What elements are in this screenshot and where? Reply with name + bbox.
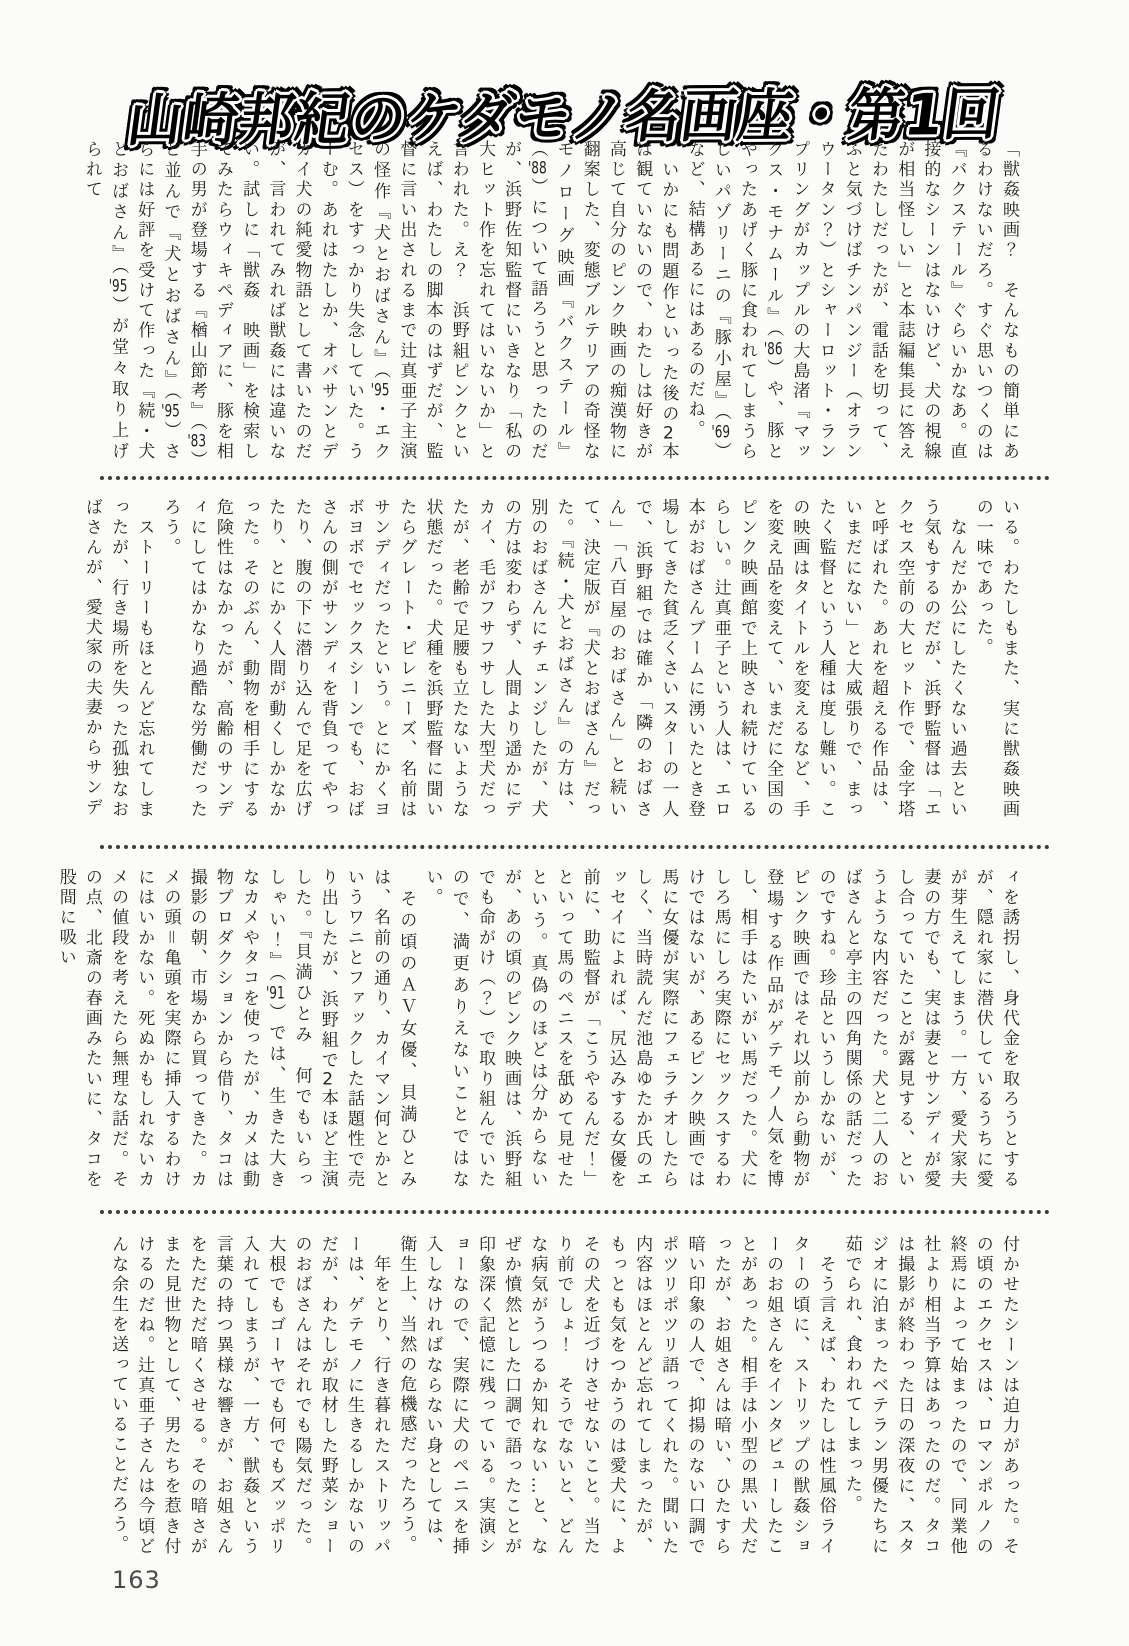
- inline-number: '91: [265, 985, 285, 1003]
- text-block-4: 付かせたシーンは迫力があった。その頃のエクセスは、ロマンポルノの終焉によって始ま…: [100, 1235, 1022, 1557]
- paragraph: 年をとり、行き暮れたストリッパーは、ゲテモノに生きるしかないのだが、わたしが取材…: [105, 1235, 393, 1557]
- paragraph: ストーリーもほとんど忘れてしまったが、行き場所を失った孤独なおばさんが、愛犬家の…: [79, 498, 158, 820]
- inline-number: '88: [527, 160, 547, 177]
- paragraph: なんだか公にしたくない過去という気もするのだが、浜野監督は「エクセス空前の大ヒッ…: [157, 498, 969, 820]
- paragraph: ィを誘拐し、身代金を取ろうとするが、隠れ家に潜伏しているうちに愛が芽生えてしまう…: [419, 868, 1022, 1190]
- paragraph: そう言えば、わたしは性風俗ライターの頃に、ストリップの獣姦ショーのお姐さんをイン…: [393, 1235, 838, 1557]
- inline-number: 2: [658, 425, 678, 442]
- scanned-book-page: 山崎邦紀のケダモノ名画座・第1回 「獣姦映画？ そんなもの簡単にあるわけないだろ…: [0, 0, 1129, 1646]
- page-number: 163: [112, 1566, 161, 1594]
- paragraph: その頃のＡＶ女優、貝満ひとみは、名前の通り、カイマン何とかというワニとファックし…: [52, 868, 419, 1190]
- paragraph: 付かせたシーンは迫力があった。その頃のエクセスは、ロマンポルノの終焉によって始ま…: [839, 1235, 1022, 1557]
- text-block-3: ィを誘拐し、身代金を取ろうとするが、隠れ家に潜伏しているうちに愛が芽生えてしまう…: [100, 868, 1022, 1190]
- paragraph: いかにも問題作といった後の2本は観ていないので、わたしは好きが高じて自分のピンク…: [79, 140, 682, 462]
- inline-number: '69: [711, 424, 731, 442]
- inline-number: '95: [161, 403, 181, 421]
- inline-number: '95: [370, 382, 390, 400]
- dotted-divider-1: [100, 476, 1050, 480]
- text-block-2: いる。わたしもまた、実に獣姦映画の一味であった。 なんだか公にしたくない過去とい…: [100, 498, 1022, 820]
- inline-number: '86: [763, 341, 783, 359]
- inline-number: '95: [108, 278, 128, 296]
- dotted-divider-3: [100, 1210, 1050, 1214]
- inline-number: 2: [318, 1071, 338, 1088]
- dotted-divider-2: [100, 845, 1050, 849]
- paragraph: 「獣姦映画？ そんなもの簡単にあるわけないだろ。すぐ思いつくのは『バクステール』…: [681, 140, 1022, 462]
- text-block-1: 「獣姦映画？ そんなもの簡単にあるわけないだろ。すぐ思いつくのは『バクステール』…: [100, 140, 1022, 462]
- inline-number: '83: [187, 433, 207, 450]
- paragraph: いる。わたしもまた、実に獣姦映画の一味であった。: [970, 498, 1022, 820]
